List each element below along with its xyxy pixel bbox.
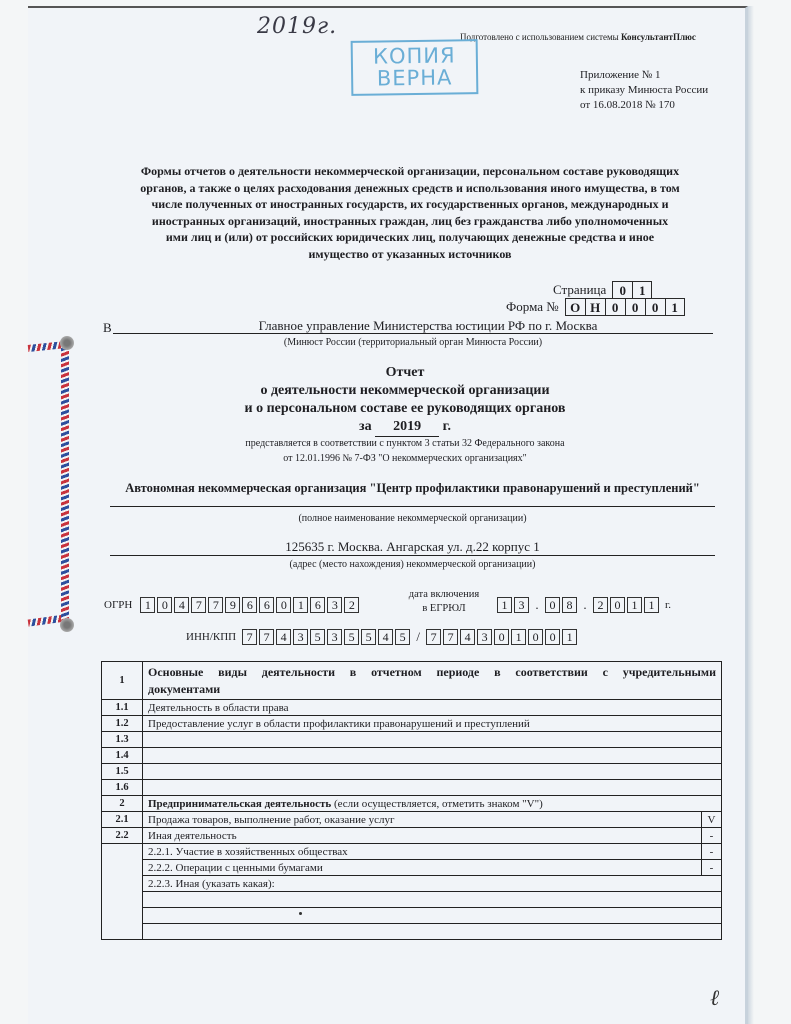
egrul-day-digit: 3 (514, 597, 529, 613)
report-year: 2019 (375, 418, 439, 437)
ogrn-digit: 0 (157, 597, 172, 613)
annex-line2: к приказу Минюста России (580, 83, 708, 98)
egrul-day-digit: 1 (497, 597, 512, 613)
form-number-field: Форма № ОН0001 (506, 298, 685, 316)
egrul-year-digit: 2 (593, 597, 608, 613)
section-title-bold: Предпринимательская деятельность (148, 798, 331, 810)
legal-line2: от 12.01.1996 № 7-ФЗ "О некоммерческих о… (190, 451, 620, 466)
table-row: 2.2.1. Участие в хозяйственных обществах… (102, 844, 722, 860)
form-char-cell: 0 (645, 298, 665, 316)
mark-cell: - (702, 844, 722, 860)
egrul-year-suffix: г. (665, 599, 671, 611)
kpp-digit: 0 (545, 629, 560, 645)
ogrn-field: ОГРН 1047796601632 (104, 596, 361, 614)
inn-digit: 3 (327, 629, 342, 645)
form-char-cell: О (565, 298, 585, 316)
row-number: 1.1 (102, 700, 143, 716)
section-title: Основные виды деятельности в отчетном пе… (143, 662, 722, 700)
egrul-month-cells: 08 (545, 596, 579, 614)
organization-address-field: 125635 г. Москва. Ангарская ул. д.22 кор… (110, 539, 715, 556)
activity-text: Продажа товаров, выполнение работ, оказа… (143, 812, 702, 828)
kpp-digit: 4 (460, 629, 475, 645)
inn-digit: 5 (310, 629, 325, 645)
sub-activity-text (143, 892, 722, 908)
ogrn-digit: 9 (225, 597, 240, 613)
sub-activity-text: 2.2.1. Участие в хозяйственных обществах (143, 844, 702, 860)
table-row (102, 892, 722, 908)
page-digit-cell: 0 (612, 281, 632, 299)
date-separator: . (579, 597, 591, 613)
ogrn-digit: 1 (140, 597, 155, 613)
table-row: 1.2Предоставление услуг в области профил… (102, 716, 722, 732)
binding-hole-bottom (60, 618, 74, 632)
scan-left-margin (0, 0, 28, 1024)
page-digit-cell: 1 (632, 281, 652, 299)
binding-hole-top (60, 336, 74, 350)
form-char-cell: Н (585, 298, 605, 316)
kpp-digit: 7 (443, 629, 458, 645)
egrul-label-line1: дата включения (399, 588, 489, 602)
date-separator: . (531, 597, 543, 613)
organization-name-field: Автономная некоммерческая организация "Ц… (110, 481, 715, 507)
table-row: 1.5 (102, 764, 722, 780)
activity-text (143, 764, 722, 780)
table-row: 2.2.3. Иная (указать какая): (102, 876, 722, 892)
row-number: 1.4 (102, 748, 143, 764)
report-title-line2: о деятельности некоммерческой организаци… (190, 382, 620, 400)
sub-activity-text: 2.2.2. Операции с ценными бумагами (143, 860, 702, 876)
egrul-month-digit: 0 (545, 597, 560, 613)
prepared-system: КонсультантПлюс (621, 32, 696, 42)
inn-digit: 3 (293, 629, 308, 645)
table-row (102, 924, 722, 940)
recipient-caption: (Минюст России (территориальный орган Ми… (113, 337, 713, 348)
table-row (102, 908, 722, 924)
sub-activity-text (143, 924, 722, 940)
activity-text (143, 732, 722, 748)
report-title-line1: Отчет (190, 364, 620, 382)
row-number-blank (102, 844, 143, 940)
ogrn-digit: 1 (293, 597, 308, 613)
report-title: Отчет о деятельности некоммерческой орга… (190, 364, 620, 437)
recipient-prefix: В (103, 320, 112, 336)
legal-line1: представляется в соответствии с пунктом … (190, 436, 620, 451)
inn-digit: 5 (344, 629, 359, 645)
row-number: 1.2 (102, 716, 143, 732)
organization-address-caption: (адрес (место нахождения) некоммерческой… (110, 559, 715, 570)
table-row: 1.4 (102, 748, 722, 764)
inn-kpp-field: ИНН/КПП 7743535545 / 774301001 (186, 628, 579, 646)
table-row: 2.1Продажа товаров, выполнение работ, ок… (102, 812, 722, 828)
table-row: 2Предпринимательская деятельность (если … (102, 796, 722, 812)
stamp-line1: КОПИЯ (353, 44, 476, 68)
ogrn-digit-cells: 1047796601632 (140, 596, 361, 614)
row-number: 2.1 (102, 812, 143, 828)
ogrn-label: ОГРН (104, 599, 132, 611)
annex-line3: от 16.08.2018 № 170 (580, 98, 708, 113)
activity-text: Предоставление услуг в области профилакт… (143, 716, 722, 732)
activity-text (143, 780, 722, 796)
ogrn-digit: 4 (174, 597, 189, 613)
ogrn-digit: 6 (310, 597, 325, 613)
egrul-day-cells: 13 (497, 596, 531, 614)
inn-digit: 5 (395, 629, 410, 645)
form-char-cell: 1 (665, 298, 685, 316)
recipient-field: Главное управление Министерства юстиции … (113, 318, 713, 334)
page-edge-shadow (748, 6, 754, 1024)
section-title: Предпринимательская деятельность (если о… (143, 796, 722, 812)
ogrn-digit: 6 (242, 597, 257, 613)
sub-activity-text: 2.2.3. Иная (указать какая): (143, 876, 722, 892)
egrul-date-field: 13 . 08 . 2011 г. (497, 596, 671, 614)
report-for-label: за (359, 419, 372, 434)
sub-activity-text (143, 908, 722, 924)
inn-digit: 5 (361, 629, 376, 645)
report-title-line3: и о персональном составе ее руководящих … (190, 400, 620, 418)
egrul-label-line2: в ЕГРЮЛ (399, 602, 489, 616)
ogrn-digit: 6 (259, 597, 274, 613)
annex-reference: Приложение № 1 к приказу Минюста России … (580, 68, 708, 113)
egrul-date-label: дата включения в ЕГРЮЛ (399, 588, 489, 616)
organization-name-caption: (полное наименование некоммерческой орга… (110, 513, 715, 524)
page-number-field: Страница 01 (553, 281, 652, 299)
activity-text: Деятельность в области права (143, 700, 722, 716)
kpp-digit: 0 (494, 629, 509, 645)
table-row: 1Основные виды деятельности в отчетном п… (102, 662, 722, 700)
mark-cell: - (702, 828, 722, 844)
ogrn-digit: 7 (191, 597, 206, 613)
inn-digit: 4 (276, 629, 291, 645)
activity-text: Иная деятельность (143, 828, 702, 844)
annex-line1: Приложение № 1 (580, 68, 708, 83)
section-title-note: (если осуществляется, отметить знаком "V… (331, 798, 543, 810)
form-char-cell: 0 (625, 298, 645, 316)
mark-cell: V (702, 812, 722, 828)
mark-cell: - (702, 860, 722, 876)
kpp-digit: 0 (528, 629, 543, 645)
ogrn-digit: 0 (276, 597, 291, 613)
table-row: 1.3 (102, 732, 722, 748)
report-period: за 2019 г. (190, 418, 620, 437)
page-label: Страница (553, 282, 606, 298)
egrul-year-cells: 2011 (593, 596, 661, 614)
egrul-year-digit: 1 (627, 597, 642, 613)
kpp-digit: 3 (477, 629, 492, 645)
kpp-digit: 7 (426, 629, 441, 645)
kpp-digit-cells: 774301001 (426, 628, 579, 646)
forms-title: Формы отчетов о деятельности некоммерчес… (140, 163, 680, 262)
row-number: 1.6 (102, 780, 143, 796)
row-number: 1.3 (102, 732, 143, 748)
form-label: Форма № (506, 299, 559, 315)
kpp-digit: 1 (562, 629, 577, 645)
inn-kpp-label: ИНН/КПП (186, 631, 236, 643)
row-number: 1.5 (102, 764, 143, 780)
table-row: 2.2Иная деятельность- (102, 828, 722, 844)
row-number: 2 (102, 796, 143, 812)
egrul-year-digit: 1 (644, 597, 659, 613)
activity-text (143, 748, 722, 764)
row-number: 2.2 (102, 828, 143, 844)
page-number-cells: 01 (612, 281, 652, 299)
inn-digit: 7 (242, 629, 257, 645)
stamp-line2: ВЕРНА (353, 66, 476, 90)
report-year-suffix: г. (443, 419, 451, 434)
egrul-month-digit: 8 (562, 597, 577, 613)
ogrn-digit: 7 (208, 597, 223, 613)
ogrn-digit: 3 (327, 597, 342, 613)
table-row: 1.1Деятельность в области права (102, 700, 722, 716)
form-number-cells: ОН0001 (565, 298, 685, 316)
ogrn-digit: 2 (344, 597, 359, 613)
handwritten-year-note: 2019г. (257, 14, 337, 39)
inn-digit: 7 (259, 629, 274, 645)
legal-reference: представляется в соответствии с пунктом … (190, 436, 620, 466)
inn-kpp-separator: / (412, 629, 424, 645)
inn-digit: 4 (378, 629, 393, 645)
activities-table: 1Основные виды деятельности в отчетном п… (101, 661, 722, 940)
prepared-with-note: Подготовлено с использованием системы Ко… (460, 32, 696, 42)
form-char-cell: 0 (605, 298, 625, 316)
table-row: 2.2.2. Операции с ценными бумагами- (102, 860, 722, 876)
ink-speck (299, 912, 302, 915)
kpp-digit: 1 (511, 629, 526, 645)
prepared-prefix: Подготовлено с использованием системы (460, 32, 621, 42)
row-number: 1 (102, 662, 143, 700)
inn-digit-cells: 7743535545 (242, 628, 412, 646)
table-row: 1.6 (102, 780, 722, 796)
egrul-year-digit: 0 (610, 597, 625, 613)
handwritten-initial: ℓ (710, 985, 719, 1011)
certified-copy-stamp: КОПИЯ ВЕРНА (351, 39, 479, 96)
binding-cord (61, 343, 69, 623)
